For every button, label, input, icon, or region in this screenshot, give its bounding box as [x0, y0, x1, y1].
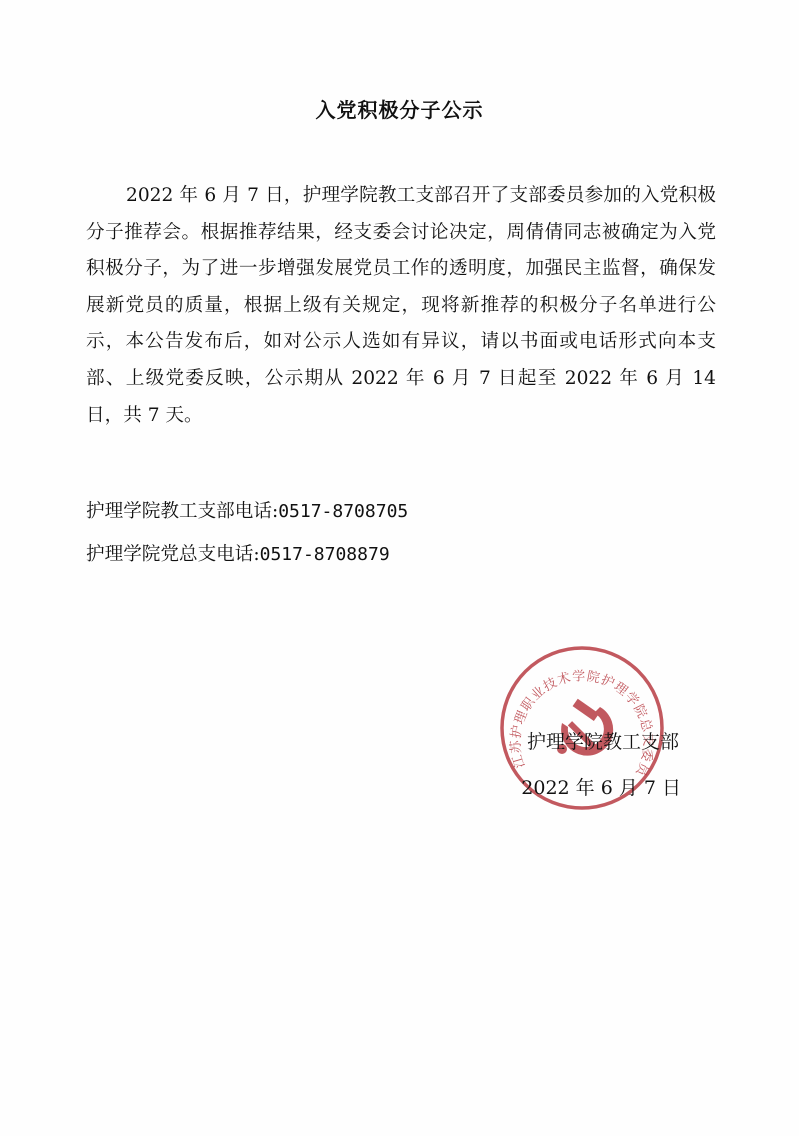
document-page: 入党积极分子公示 2022 年 6 月 7 日，护理学院教工支部召开了支部委员参…: [0, 0, 799, 1136]
signature-date: 2022 年 6 月 7 日: [521, 773, 681, 800]
signature-organization: 护理学院教工支部: [527, 727, 679, 754]
announcement-paragraph: 2022 年 6 月 7 日，护理学院教工支部召开了支部委员参加的入党积极分子推…: [86, 178, 716, 434]
contact-phone: 0517-8708705: [278, 501, 408, 522]
contact-phone: 0517-8708879: [260, 544, 390, 565]
contact-line-branch: 护理学院教工支部电话:0517-8708705: [86, 497, 408, 523]
document-title: 入党积极分子公示: [0, 94, 799, 123]
svg-text:江苏护理职业技术学院护理学院总支委员会教工支部: 江苏护理职业技术学院护理学院总支委员会教工支部: [497, 643, 656, 779]
contact-line-general-branch: 护理学院党总支电话:0517-8708879: [86, 540, 390, 566]
contact-label: 护理学院教工支部电话:: [86, 501, 278, 522]
seal-ring-text: 江苏护理职业技术学院护理学院总支委员会教工支部: [497, 643, 656, 779]
contact-label: 护理学院党总支电话:: [86, 544, 260, 565]
